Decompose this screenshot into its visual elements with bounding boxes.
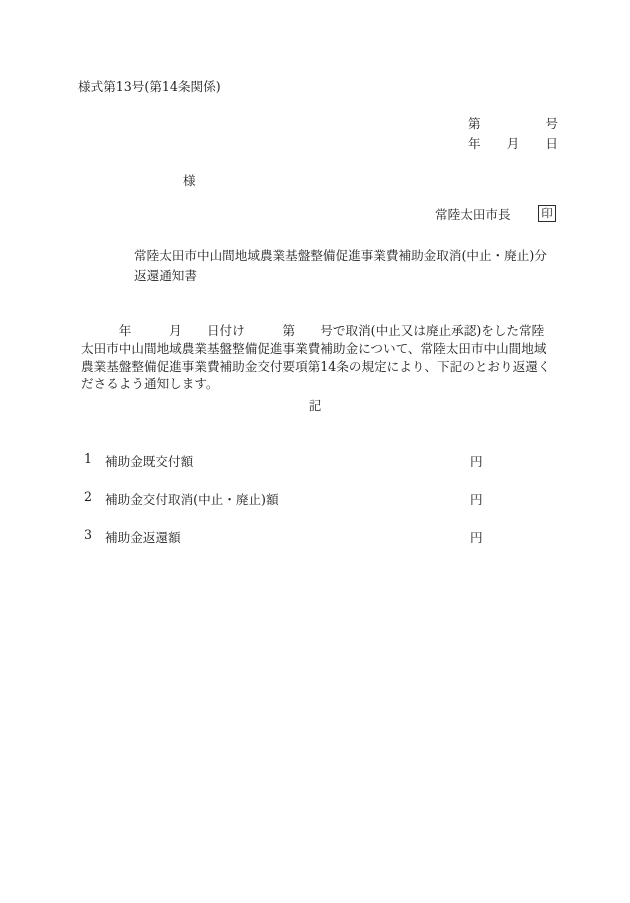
document-page: 様式第13号(第14条関係) 第 号 年 月 日 様 常陸太田市長 印 常陸太田… bbox=[0, 0, 630, 903]
doc-number-suffix: 号 bbox=[545, 117, 558, 131]
addressee-honorific: 様 bbox=[183, 174, 196, 188]
body-paragraph: 年 月 日付け 第 号で取消(中止又は廃止承認)をした常陸 太田市中山間地域農業… bbox=[81, 322, 551, 393]
body-line-3: 農業基盤整備促進事業費補助金交付要項第14条の規定により、下記のとおり返還く bbox=[81, 358, 551, 376]
item-number: 1 bbox=[84, 451, 92, 466]
date-line: 年 月 日 bbox=[468, 137, 558, 151]
item-label: 補助金返還額 bbox=[105, 527, 181, 546]
item-number: 2 bbox=[84, 489, 92, 504]
item-unit-yen: 円 bbox=[470, 527, 483, 546]
date-day-label: 日 bbox=[545, 137, 558, 151]
table-row-2: 2 補助金交付取消(中止・廃止)額 円 bbox=[0, 489, 630, 505]
doc-number-prefix: 第 bbox=[468, 117, 481, 131]
doc-title-line2: 返還通知書 bbox=[134, 269, 197, 283]
item-label: 補助金既交付額 bbox=[105, 451, 193, 470]
item-number: 3 bbox=[84, 527, 92, 542]
item-unit-yen: 円 bbox=[470, 489, 483, 508]
table-row-3: 3 補助金返還額 円 bbox=[0, 527, 630, 543]
body-line-1: 年 月 日付け 第 号で取消(中止又は廃止承認)をした常陸 bbox=[81, 322, 551, 340]
date-month-label: 月 bbox=[507, 137, 520, 151]
date-year-label: 年 bbox=[468, 137, 481, 151]
body-line-4: ださるよう通知します。 bbox=[81, 375, 551, 393]
doc-title-line1: 常陸太田市中山間地域農業基盤整備促進事業費補助金取消(中止・廃止)分 bbox=[134, 249, 547, 263]
form-number: 様式第13号(第14条関係) bbox=[78, 80, 221, 94]
doc-number-line: 第 号 bbox=[468, 117, 558, 131]
sender-title: 常陸太田市長 bbox=[435, 208, 511, 222]
body-line-2: 太田市中山間地域農業基盤整備促進事業費補助金について、常陸太田市中山間地域 bbox=[81, 340, 551, 358]
item-unit-yen: 円 bbox=[470, 451, 483, 470]
ki-marker: 記 bbox=[0, 399, 630, 413]
seal-mark: 印 bbox=[538, 205, 556, 222]
table-row-1: 1 補助金既交付額 円 bbox=[0, 451, 630, 467]
item-label: 補助金交付取消(中止・廃止)額 bbox=[105, 489, 279, 508]
